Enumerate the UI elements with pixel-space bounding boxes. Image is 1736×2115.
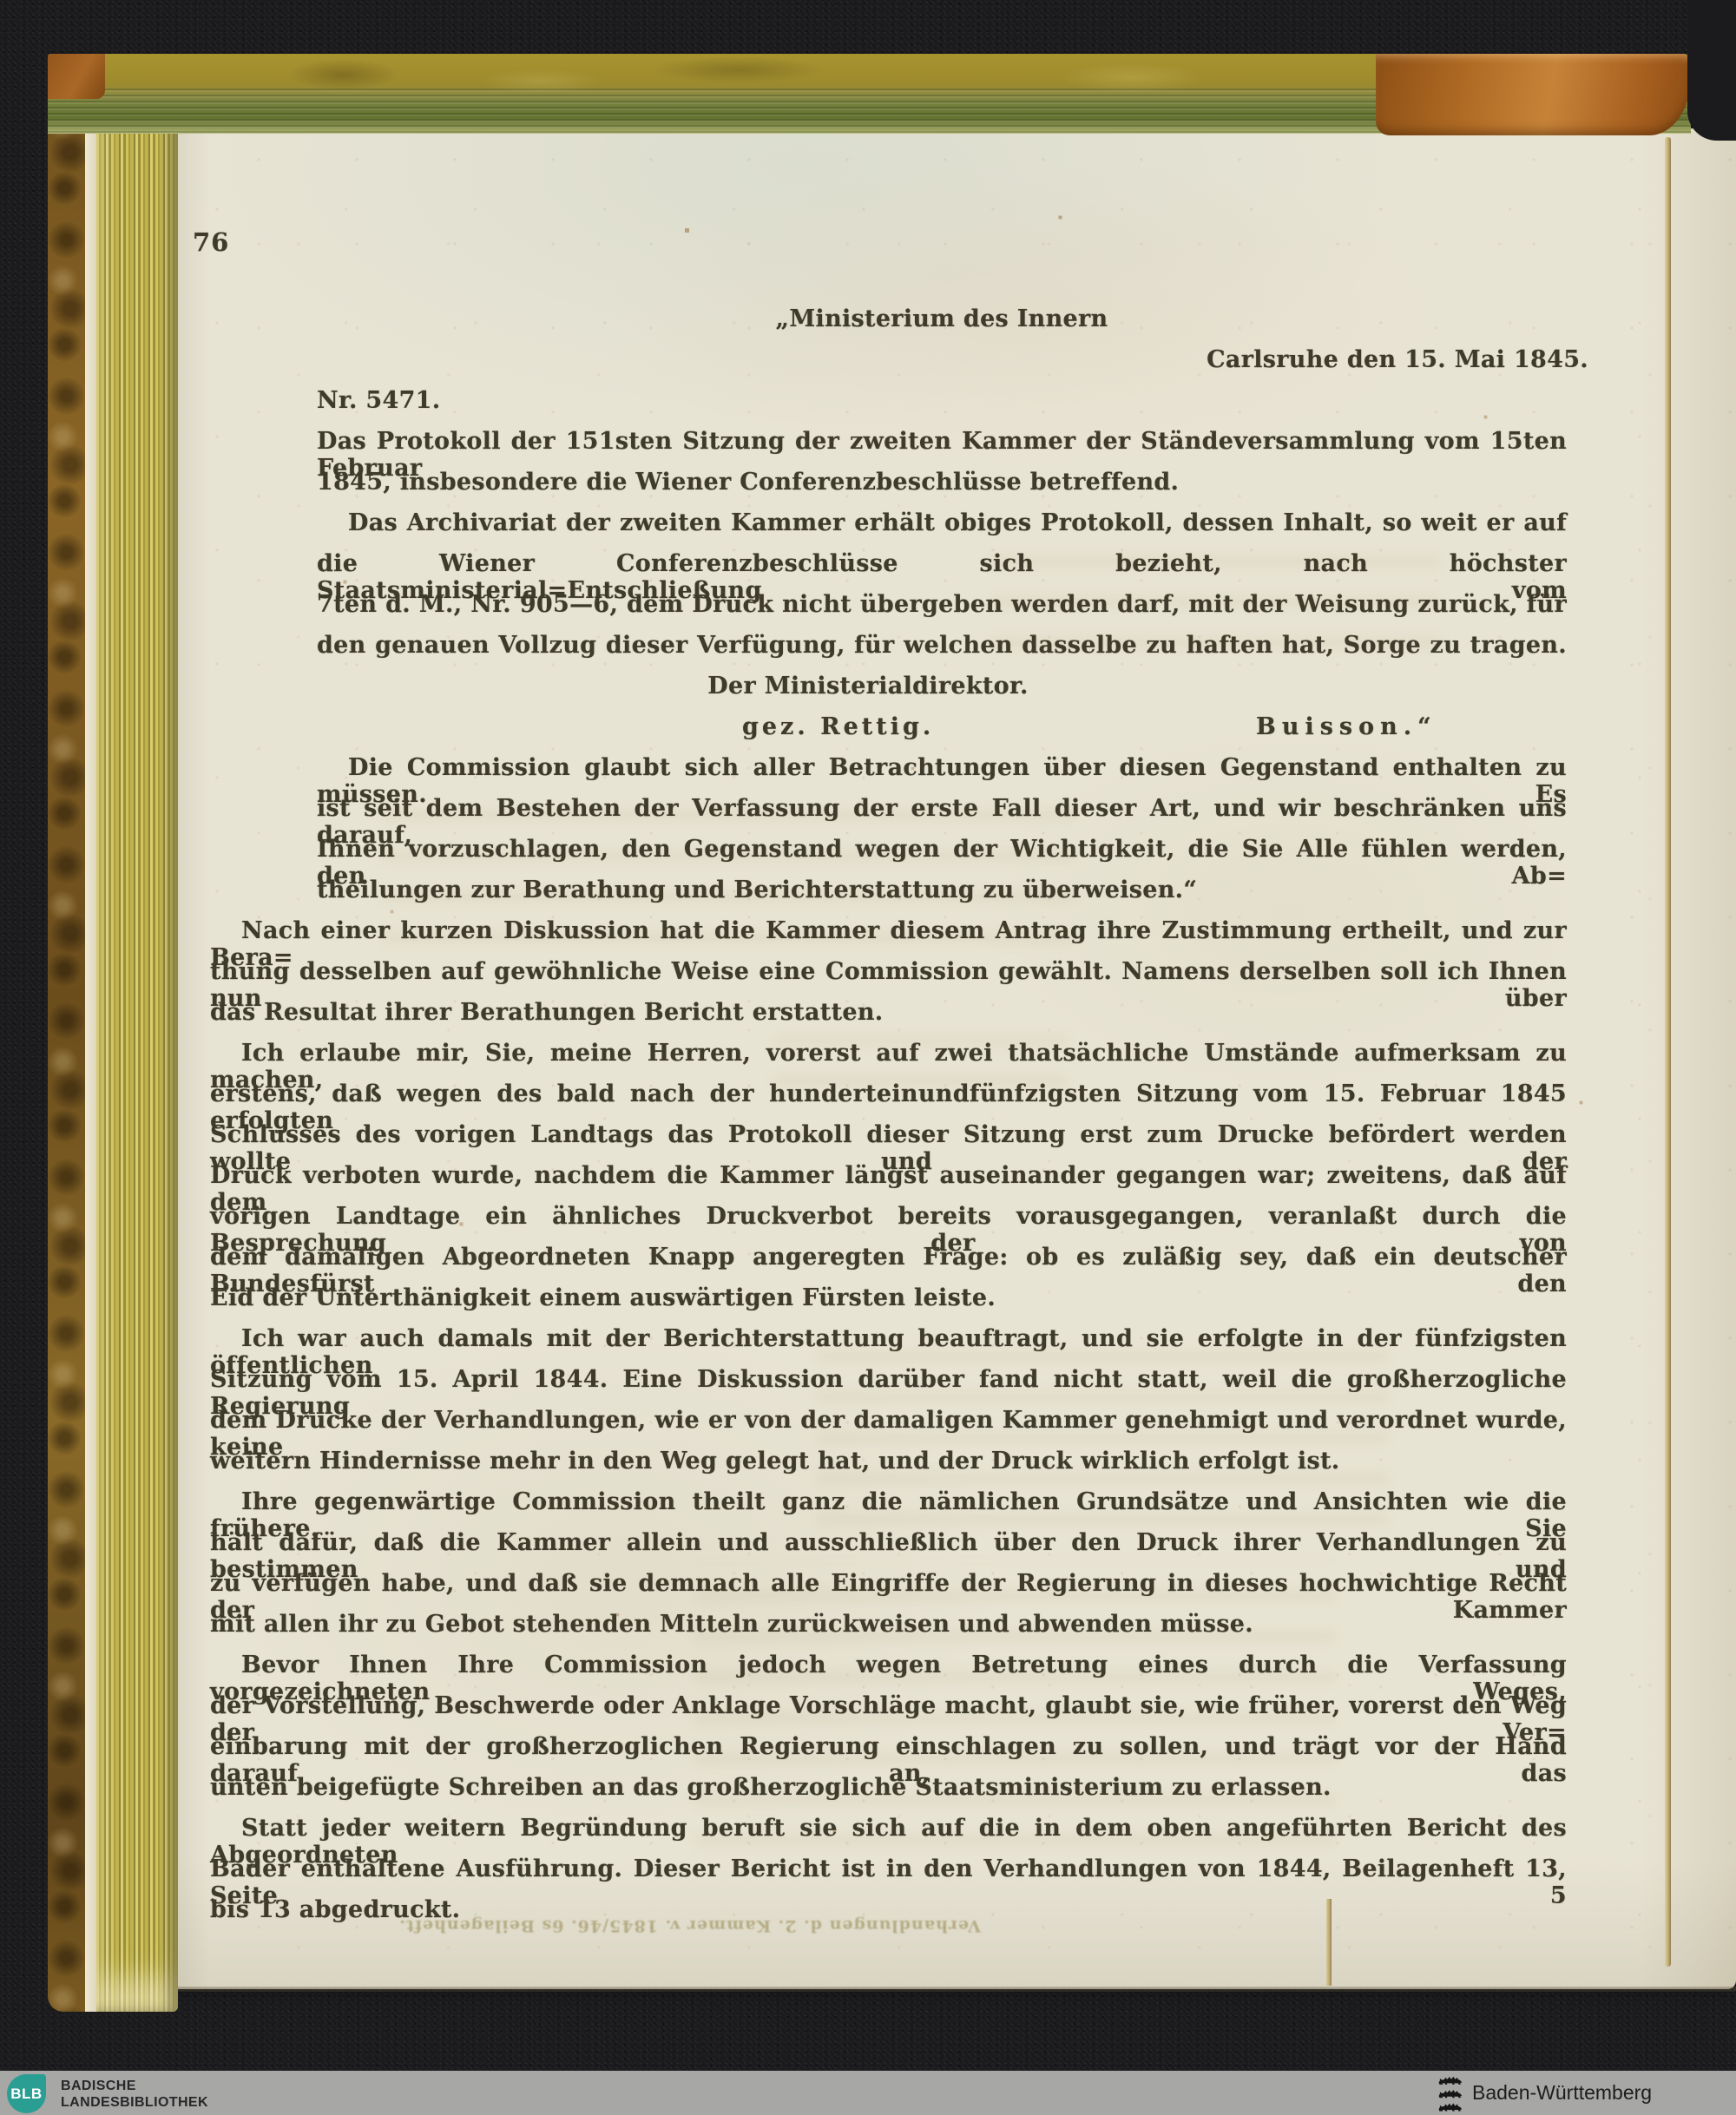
text-line: dem Drucke der Verhandlungen, wie er von…: [210, 1407, 1567, 1448]
text-line: Nach einer kurzen Diskussion hat die Kam…: [210, 917, 1567, 958]
text-line: Carlsruhe den 15. Mai 1845.: [317, 346, 1588, 387]
signature-buisson: Buisson.“: [1256, 713, 1437, 740]
text-line: Sitzung vom 15. April 1844. Eine Diskuss…: [210, 1366, 1567, 1407]
baden-wuerttemberg-lions-icon: [1437, 2074, 1464, 2112]
library-name-line1: BADISCHE: [61, 2078, 208, 2094]
footer-bar: BLB BADISCHE LANDESBIBLIOTHEK Baden-Würt…: [0, 2071, 1736, 2115]
text-line: gez. Rettig.Buisson.“: [0, 713, 1736, 754]
text-line: den genauen Vollzug dieser Verfügung, fü…: [317, 632, 1567, 673]
text-line: Ihnen vorzuschlagen, den Gegenstand wege…: [317, 836, 1567, 877]
showthrough-footer-line: Verhandlungen d. 2. Kammer v. 1845/46. 6…: [599, 1906, 981, 1935]
text-line: Der Ministerialdirektor.: [317, 673, 1567, 713]
text-line: der Vorstellung, Beschwerde oder Anklage…: [210, 1692, 1567, 1733]
text-line: dem damaligen Abgeordneten Knapp angereg…: [210, 1244, 1567, 1284]
text-line: Das Archivariat der zweiten Kammer erhäl…: [317, 509, 1567, 550]
baden-wuerttemberg-logo: Baden-Württemberg: [1437, 2071, 1652, 2115]
text-line: Die Commission glaubt sich aller Betrach…: [317, 754, 1567, 795]
text-line: Statt jeder weitern Begründung beruft si…: [210, 1815, 1567, 1856]
text-line: Ich war auch damals mit der Berichtersta…: [210, 1325, 1567, 1366]
text-line: thung desselben auf gewöhnliche Weise ei…: [210, 958, 1567, 999]
text-line: ist seit dem Bestehen der Verfassung der…: [317, 795, 1567, 836]
book-fore-edge: [48, 56, 178, 2012]
text-line: Ihre gegenwärtige Commission theilt ganz…: [210, 1488, 1567, 1529]
text-line: einbarung mit der großherzoglichen Regie…: [210, 1733, 1567, 1774]
text-line: Das Protokoll der 151sten Sitzung der zw…: [317, 428, 1567, 469]
text-line: hält dafür, daß die Kammer allein und au…: [210, 1529, 1567, 1570]
library-name-line2: LANDESBIBLIOTHEK: [61, 2094, 208, 2111]
text-line: Druck verboten wurde, nachdem die Kammer…: [210, 1162, 1567, 1203]
text-line: unten beigefügte Schreiben an das großhe…: [210, 1774, 1567, 1815]
text-line: 7ten d. M., Nr. 905—6, dem Druck nicht ü…: [317, 591, 1567, 632]
leather-spine-right: [1376, 54, 1691, 135]
library-name: BADISCHE LANDESBIBLIOTHEK: [61, 2078, 208, 2111]
blb-logo: BLB: [7, 2074, 46, 2113]
text-line: vorigen Landtage ein ähnliches Druckverb…: [210, 1203, 1567, 1244]
text-line: Nr. 5471.: [317, 387, 1567, 428]
leather-corner-left: [48, 54, 105, 99]
page-block-edge: [96, 56, 178, 2012]
text-line: „Ministerium des Innern: [317, 305, 1567, 346]
text-line: erstens, daß wegen des bald nach der hun…: [210, 1080, 1567, 1121]
underlying-page-edge: [1665, 137, 1671, 1967]
text-line: theilungen zur Berathung und Berichterst…: [317, 877, 1567, 917]
text-line: mit allen ihr zu Gebot stehenden Mitteln…: [210, 1611, 1567, 1652]
state-name-label: Baden-Württemberg: [1472, 2081, 1652, 2105]
text-line: 1845, insbesondere die Wiener Conferenzb…: [317, 469, 1567, 509]
text-line: Eid der Unterthänigkeit einem auswärtige…: [210, 1284, 1567, 1325]
book-page: 76 „Ministerium des InnernCarlsruhe den …: [130, 128, 1736, 1989]
text-line: Bader enthaltene Ausführung. Dieser Beri…: [210, 1856, 1567, 1896]
text-line: weitern Hindernisse mehr in den Weg gele…: [210, 1448, 1567, 1488]
book-cover-edge: [48, 56, 85, 2012]
blb-logo-text: BLB: [10, 2085, 42, 2103]
text-line: die Wiener Conferenzbeschlüsse sich bezi…: [317, 550, 1567, 591]
text-line: zu verfügen habe, und daß sie demnach al…: [210, 1570, 1567, 1611]
text-line: das Resultat ihrer Berathungen Bericht e…: [210, 999, 1567, 1040]
scan-viewport: 76 „Ministerium des InnernCarlsruhe den …: [0, 0, 1736, 2115]
endpaper-edge: [85, 56, 96, 2012]
background-corner: [1687, 0, 1736, 141]
page-number: 76: [193, 227, 229, 257]
text-line: Schlusses des vorigen Landtags das Proto…: [210, 1121, 1567, 1162]
text-line: Bevor Ihnen Ihre Commission jedoch wegen…: [210, 1652, 1567, 1692]
signature-rettig: gez. Rettig.: [742, 713, 934, 740]
text-line: Ich erlaube mir, Sie, meine Herren, vore…: [210, 1040, 1567, 1080]
